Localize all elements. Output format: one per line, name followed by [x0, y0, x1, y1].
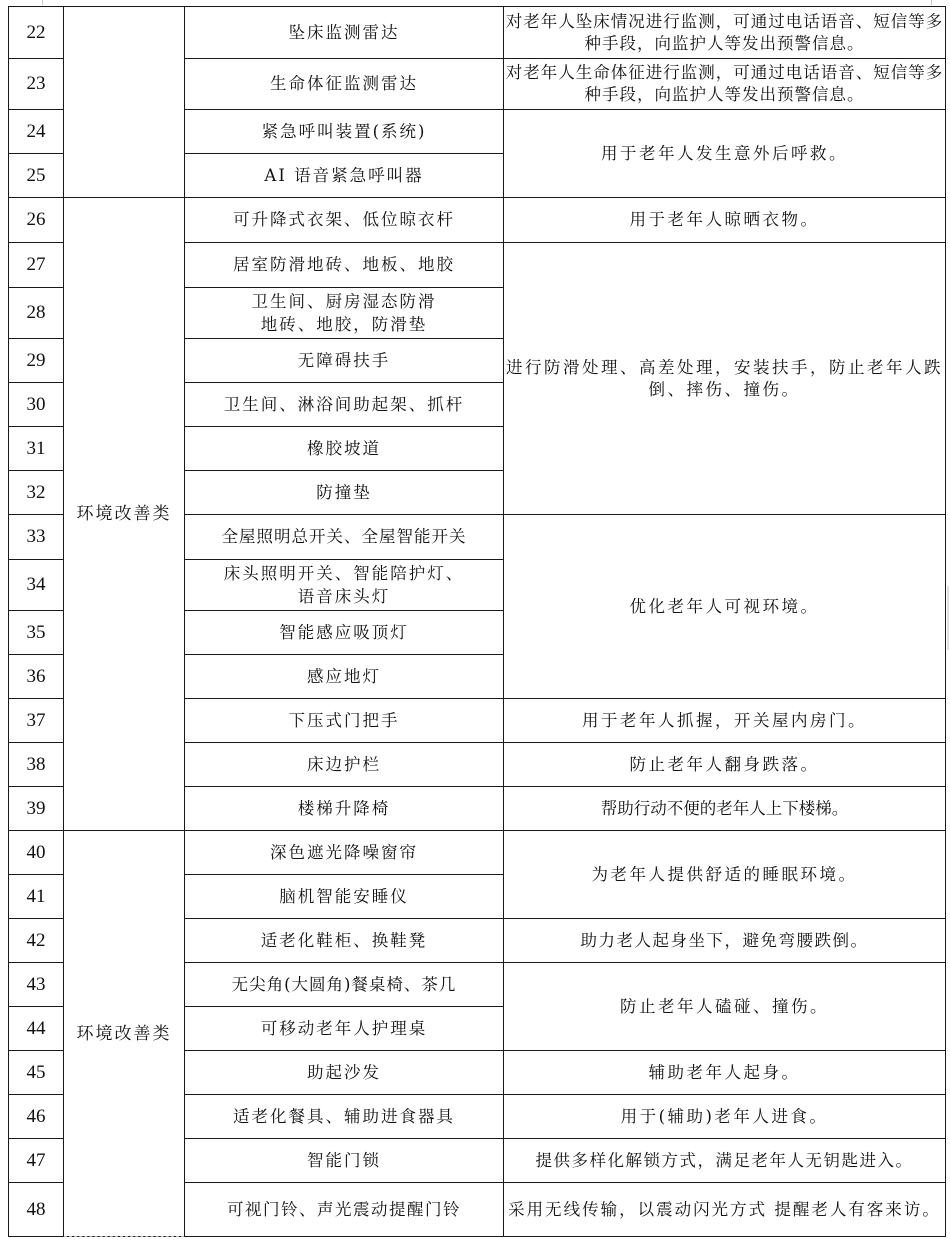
row-number: 35: [9, 611, 64, 655]
row-number: 30: [9, 383, 64, 427]
page-edge-mark: [947, 586, 949, 650]
product-name: 可视门铃、声光震动提醒门铃: [185, 1183, 504, 1237]
row-number: 40: [9, 831, 64, 875]
product-name: 生命体征监测雷达: [185, 59, 504, 110]
row-number: 26: [9, 198, 64, 243]
row-number: 29: [9, 339, 64, 383]
row-number: 24: [9, 110, 64, 154]
table-row: 22 坠床监测雷达 对老年人坠床情况进行监测，可通过电话语音、短信等多种手段，向…: [9, 7, 946, 59]
row-number: 36: [9, 655, 64, 699]
product-name: 楼梯升降椅: [185, 787, 504, 831]
product-name: 卫生间、厨房湿态防滑 地砖、地胶，防滑垫: [185, 288, 504, 339]
product-name: 可升降式衣架、低位晾衣杆: [185, 198, 504, 243]
function-description: 防止老年人磕碰、撞伤。: [504, 963, 946, 1051]
product-name: AI 语音紧急呼叫器: [185, 154, 504, 198]
product-name: 卫生间、淋浴间助起架、抓杆: [185, 383, 504, 427]
function-description: 防止老年人翻身跌落。: [504, 743, 946, 787]
product-name: 适老化鞋柜、换鞋凳: [185, 919, 504, 963]
product-name: 智能门锁: [185, 1139, 504, 1183]
category-cell: [64, 7, 185, 198]
product-name: 适老化餐具、辅助进食器具: [185, 1095, 504, 1139]
row-number: 44: [9, 1007, 64, 1051]
product-name: 居室防滑地砖、地板、地胶: [185, 243, 504, 288]
function-description: 提供多样化解锁方式，满足老年人无钥匙进入。: [504, 1139, 946, 1183]
product-name: 紧急呼叫装置(系统): [185, 110, 504, 154]
product-name: 无障碍扶手: [185, 339, 504, 383]
function-description: 进行防滑处理、高差处理，安装扶手，防止老年人跌倒、摔伤、撞伤。: [504, 243, 946, 515]
product-name: 全屋照明总开关、全屋智能开关: [185, 515, 504, 560]
category-cell: 环境改善类: [64, 831, 185, 1237]
row-number: 33: [9, 515, 64, 560]
function-description: 用于老年人晾晒衣物。: [504, 198, 946, 243]
function-description: 帮助行动不便的老年人上下楼梯。: [504, 787, 946, 831]
row-number: 34: [9, 560, 64, 611]
row-number: 42: [9, 919, 64, 963]
row-number: 31: [9, 427, 64, 471]
category-cell: 环境改善类: [64, 198, 185, 831]
row-number: 47: [9, 1139, 64, 1183]
row-number: 48: [9, 1183, 64, 1237]
product-name: 智能感应吸顶灯: [185, 611, 504, 655]
function-description: 助力老人起身坐下，避免弯腰跌倒。: [504, 919, 946, 963]
row-number: 25: [9, 154, 64, 198]
product-name: 防撞垫: [185, 471, 504, 515]
product-name: 坠床监测雷达: [185, 7, 504, 59]
function-description: 为老年人提供舒适的睡眠环境。: [504, 831, 946, 919]
function-description: 对老年人生命体征进行监测，可通过电话语音、短信等多种手段，向监护人等发出预警信息…: [504, 59, 946, 110]
product-name: 助起沙发: [185, 1051, 504, 1095]
product-name: 脑机智能安睡仪: [185, 875, 504, 919]
product-name: 无尖角(大圆角)餐桌椅、茶几: [185, 963, 504, 1007]
product-name: 可移动老年人护理桌: [185, 1007, 504, 1051]
row-number: 22: [9, 7, 64, 59]
product-name: 感应地灯: [185, 655, 504, 699]
product-name: 橡胶坡道: [185, 427, 504, 471]
row-number: 23: [9, 59, 64, 110]
row-number: 43: [9, 963, 64, 1007]
function-description: 优化老年人可视环境。: [504, 515, 946, 699]
function-description: 用于老年人发生意外后呼救。: [504, 110, 946, 198]
table-row: 26 环境改善类 可升降式衣架、低位晾衣杆 用于老年人晾晒衣物。: [9, 198, 946, 243]
row-number: 28: [9, 288, 64, 339]
function-description: 对老年人坠床情况进行监测，可通过电话语音、短信等多种手段，向监护人等发出预警信息…: [504, 7, 946, 59]
product-name: 床头照明开关、智能陪护灯、 语音床头灯: [185, 560, 504, 611]
product-name: 深色遮光降噪窗帘: [185, 831, 504, 875]
equipment-table: 22 坠床监测雷达 对老年人坠床情况进行监测，可通过电话语音、短信等多种手段，向…: [8, 6, 946, 1237]
function-description: 用于(辅助)老年人进食。: [504, 1095, 946, 1139]
row-number: 39: [9, 787, 64, 831]
row-number: 32: [9, 471, 64, 515]
page-corner-mark-right: [931, 0, 932, 5]
page-corner-mark-left: [42, 0, 43, 5]
product-name: 下压式门把手: [185, 699, 504, 743]
row-number: 41: [9, 875, 64, 919]
row-number: 27: [9, 243, 64, 288]
row-number: 37: [9, 699, 64, 743]
function-description: 采用无线传输，以震动闪光方式 提醒老人有客来访。: [504, 1183, 946, 1237]
function-description: 辅助老年人起身。: [504, 1051, 946, 1095]
row-number: 38: [9, 743, 64, 787]
page-break-dashed-line: [64, 1236, 184, 1237]
product-name: 床边护栏: [185, 743, 504, 787]
row-number: 46: [9, 1095, 64, 1139]
table-row: 40 环境改善类 深色遮光降噪窗帘 为老年人提供舒适的睡眠环境。: [9, 831, 946, 875]
row-number: 45: [9, 1051, 64, 1095]
function-description: 用于老年人抓握，开关屋内房门。: [504, 699, 946, 743]
